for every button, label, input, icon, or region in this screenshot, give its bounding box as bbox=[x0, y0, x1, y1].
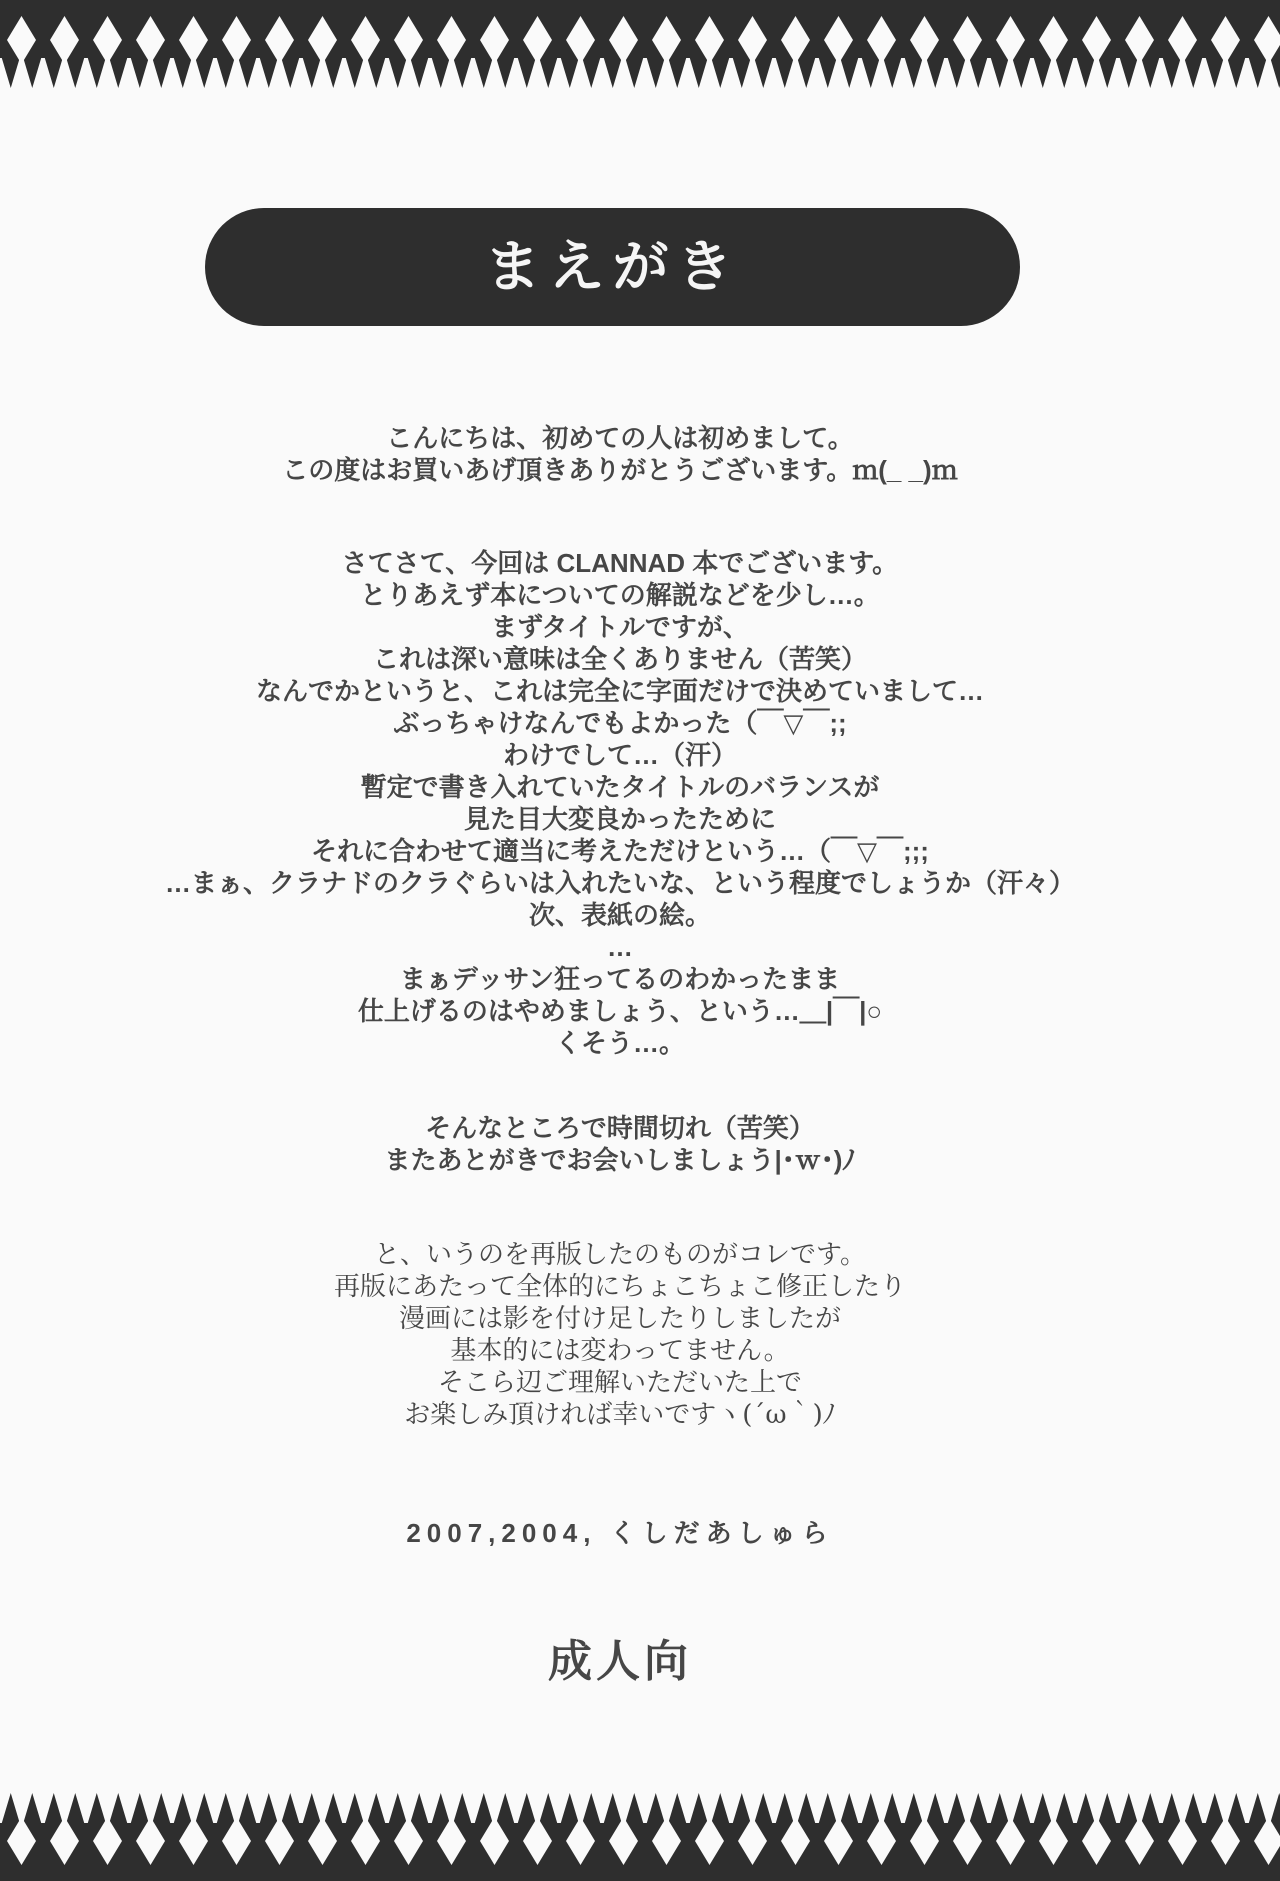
closing-paragraph: そんなところで時間切れ（苦笑）またあとがきでお会いしましょう|･ｗ･)ﾉ bbox=[0, 1112, 1240, 1176]
text-line: この度はお買いあげ頂きありがとうございます。ｍ(_ _)ｍ bbox=[0, 454, 1240, 486]
text-line: なんでかというと、これは完全に字面だけで決めていまして… bbox=[0, 675, 1240, 707]
text-line: と、いうのを再版したのものがコレです。 bbox=[0, 1239, 1240, 1271]
text-line: 仕上げるのはやめましょう、という…＿|￣|○ bbox=[0, 995, 1240, 1027]
top-border-decoration bbox=[0, 0, 1280, 92]
text-line: それに合わせて適当に考えただけという…（￣▽￣;;; bbox=[0, 835, 1240, 867]
text-line: まぁデッサン狂ってるのわかったまま bbox=[0, 963, 1240, 995]
bottom-border-decoration bbox=[0, 1789, 1280, 1881]
adult-rating-label: 成人向 bbox=[0, 1636, 1240, 1688]
credit-line: 2007,2004, くしだあしゅら bbox=[0, 1517, 1240, 1549]
text-line: 再版にあたって全体的にちょこちょこ修正したり bbox=[0, 1271, 1240, 1303]
text-line: まずタイトルですが、 bbox=[0, 611, 1240, 643]
text-line: 基本的には変わってません。 bbox=[0, 1335, 1240, 1367]
text-line: ぶっちゃけなんでもよかった（￣▽￣;; bbox=[0, 707, 1240, 739]
text-line: …まぁ、クラナドのクラぐらいは入れたいな、という程度でしょうか（汗々） bbox=[0, 867, 1240, 899]
reprint-paragraph: と、いうのを再版したのものがコレです。再版にあたって全体的にちょこちょこ修正した… bbox=[0, 1239, 1240, 1431]
text-line: さてさて、今回は CLANNAD 本でございます。 bbox=[0, 547, 1240, 579]
text-line: またあとがきでお会いしましょう|･ｗ･)ﾉ bbox=[0, 1144, 1240, 1176]
text-line: 漫画には影を付け足したりしましたが bbox=[0, 1303, 1240, 1335]
text-line: そこら辺ご理解いただいた上で bbox=[0, 1367, 1240, 1399]
text-line: こんにちは、初めての人は初めまして。 bbox=[0, 422, 1240, 454]
text-line: 暫定で書き入れていたタイトルのバランスが bbox=[0, 771, 1240, 803]
preface-page: { "colors": { "ink": "#464646", "band": … bbox=[0, 0, 1280, 1881]
text-line: 見た目大変良かったために bbox=[0, 803, 1240, 835]
text-line: とりあえず本についての解説などを少し…。 bbox=[0, 579, 1240, 611]
text-line: くそう…。 bbox=[0, 1027, 1240, 1059]
text-line: これは深い意味は全くありません（苦笑） bbox=[0, 643, 1240, 675]
text-line: わけでして…（汗） bbox=[0, 739, 1240, 771]
title-banner: まえがき bbox=[205, 208, 1020, 326]
text-line: お楽しみ頂ければ幸いですヽ(´ω｀)ﾉ bbox=[0, 1399, 1240, 1431]
page-title: まえがき bbox=[205, 208, 1020, 326]
text-line: そんなところで時間切れ（苦笑） bbox=[0, 1112, 1240, 1144]
intro-paragraph: こんにちは、初めての人は初めまして。この度はお買いあげ頂きありがとうございます。… bbox=[0, 422, 1240, 486]
text-line: … bbox=[0, 931, 1240, 963]
body-paragraph: さてさて、今回は CLANNAD 本でございます。とりあえず本についての解説など… bbox=[0, 547, 1240, 1059]
text-line: 次、表紙の絵。 bbox=[0, 899, 1240, 931]
